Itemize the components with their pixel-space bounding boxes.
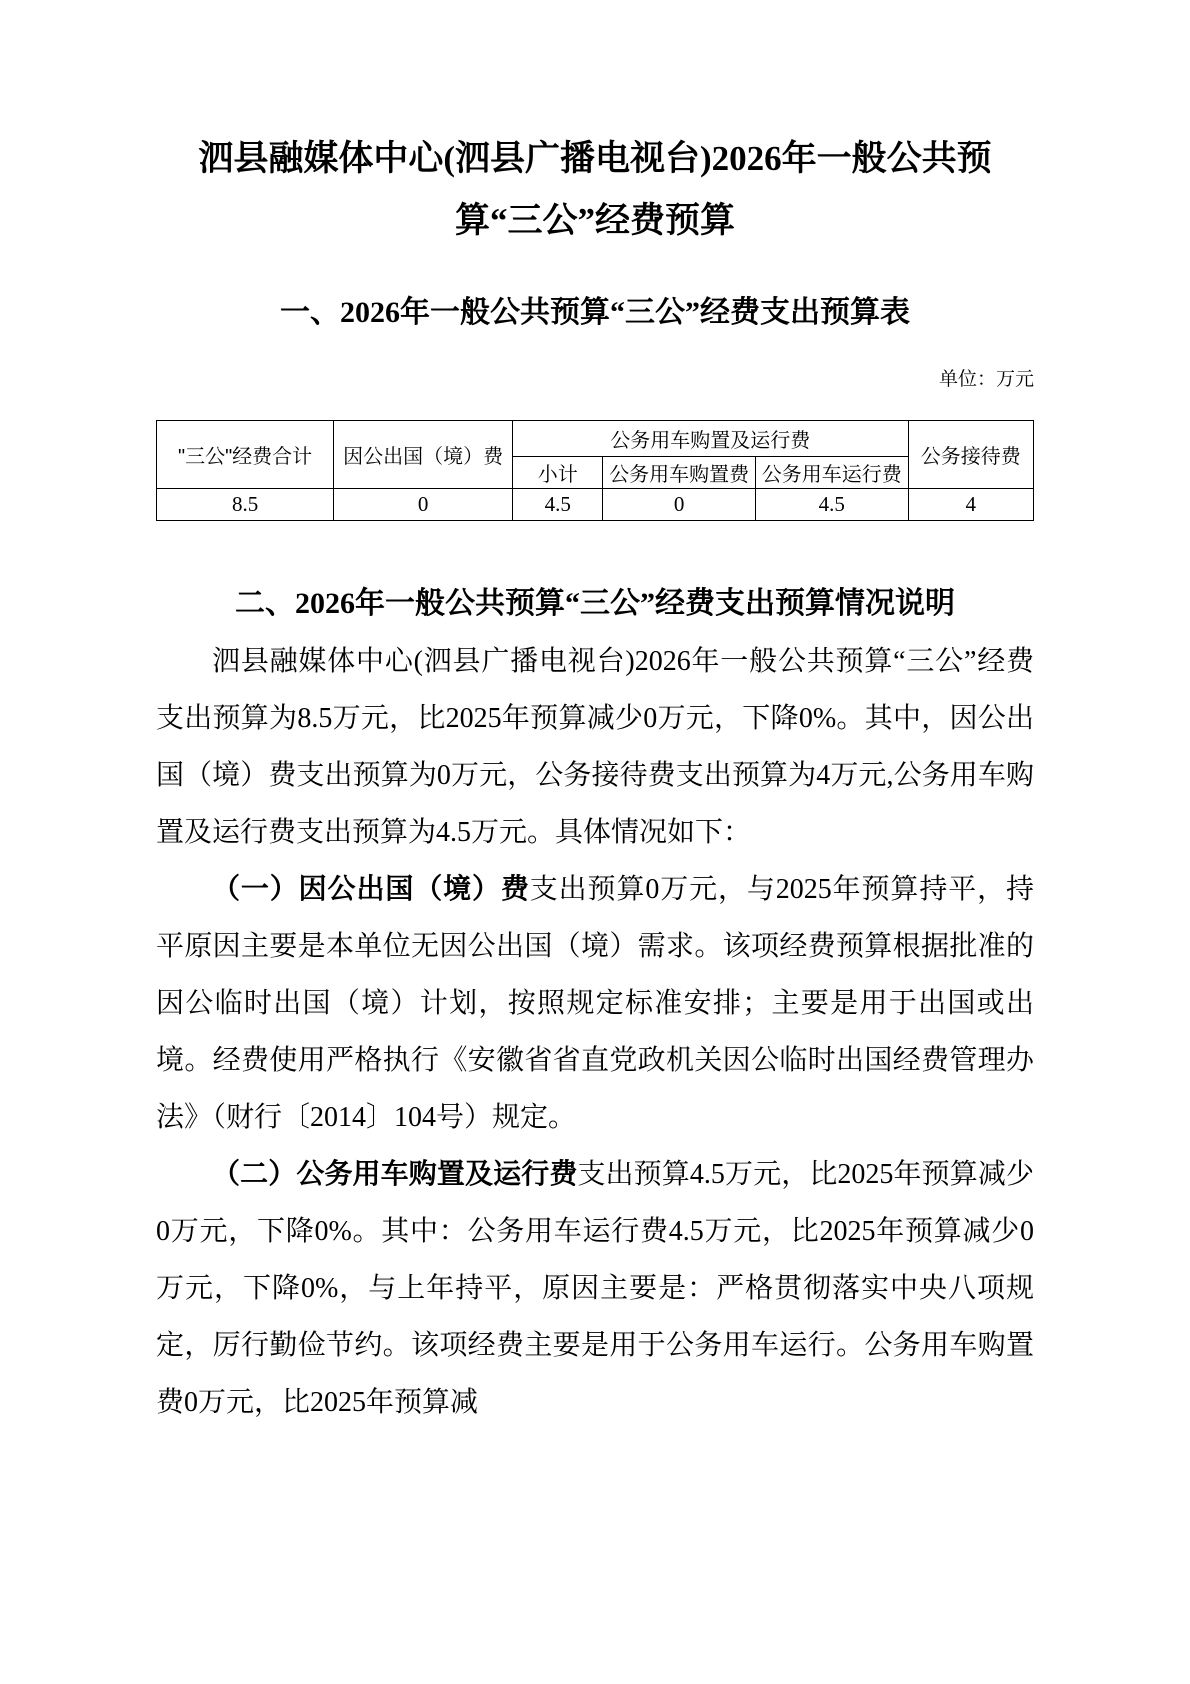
paragraph-text: 泗县融媒体中心(泗县广播电视台)2026年一般公共预算“三公”经费支出预算为8.… [156, 646, 1034, 848]
header-vehicle-group: 公务用车购置及运行费 [513, 421, 909, 457]
page-title: 泗县融媒体中心(泗县广播电视台)2026年一般公共预 算“三公”经费预算 [156, 128, 1034, 252]
header-abroad: 因公出国（境）费 [334, 421, 513, 489]
value-vehicle-operation: 4.5 [755, 489, 908, 521]
value-vehicle-subtotal: 4.5 [513, 489, 603, 521]
body-paragraph: 泗县融媒体中心(泗县广播电视台)2026年一般公共预算“三公”经费支出预算为8.… [156, 633, 1034, 861]
page-title-line-1: 泗县融媒体中心(泗县广播电视台)2026年一般公共预 [156, 128, 1034, 190]
value-abroad: 0 [334, 489, 513, 521]
header-vehicle-subtotal: 小计 [513, 457, 603, 489]
value-total: 8.5 [157, 489, 334, 521]
table-header-row-1: "三公"经费合计 因公出国（境）费 公务用车购置及运行费 公务接待费 [157, 421, 1034, 457]
body-paragraph: （一）因公出国（境）费支出预算0万元，与2025年预算持平，持平原因主要是本单位… [156, 861, 1034, 1146]
paragraph-lead-bold: （二）公务用车购置及运行费 [212, 1159, 577, 1190]
document-page: 泗县融媒体中心(泗县广播电视台)2026年一般公共预 算“三公”经费预算 一、2… [0, 0, 1190, 1684]
header-total: "三公"经费合计 [157, 421, 334, 489]
table-data-row: 8.5 0 4.5 0 4.5 4 [157, 489, 1034, 521]
body-paragraph: （二）公务用车购置及运行费支出预算4.5万元，比2025年预算减少0万元，下降0… [156, 1146, 1034, 1431]
paragraph-lead-bold: （一）因公出国（境）费 [212, 874, 530, 905]
value-vehicle-purchase: 0 [603, 489, 756, 521]
header-vehicle-purchase: 公务用车购置费 [603, 457, 756, 489]
header-reception: 公务接待费 [908, 421, 1033, 489]
unit-label: 单位：万元 [156, 366, 1034, 394]
paragraph-text: 支出预算0万元，与2025年预算持平，持平原因主要是本单位无因公出国（境）需求。… [156, 874, 1034, 1133]
three-public-budget-table: "三公"经费合计 因公出国（境）费 公务用车购置及运行费 公务接待费 小计 公务… [156, 420, 1034, 521]
section-1-heading: 一、2026年一般公共预算“三公”经费支出预算表 [156, 292, 1034, 334]
page-title-line-2: 算“三公”经费预算 [156, 190, 1034, 252]
section-2-heading: 二、2026年一般公共预算“三公”经费支出预算情况说明 [156, 583, 1034, 625]
paragraph-text: 支出预算4.5万元，比2025年预算减少0万元，下降0%。其中：公务用车运行费4… [156, 1159, 1034, 1418]
document-body: 泗县融媒体中心(泗县广播电视台)2026年一般公共预算“三公”经费支出预算为8.… [156, 633, 1034, 1431]
header-vehicle-operation: 公务用车运行费 [755, 457, 908, 489]
value-reception: 4 [908, 489, 1033, 521]
